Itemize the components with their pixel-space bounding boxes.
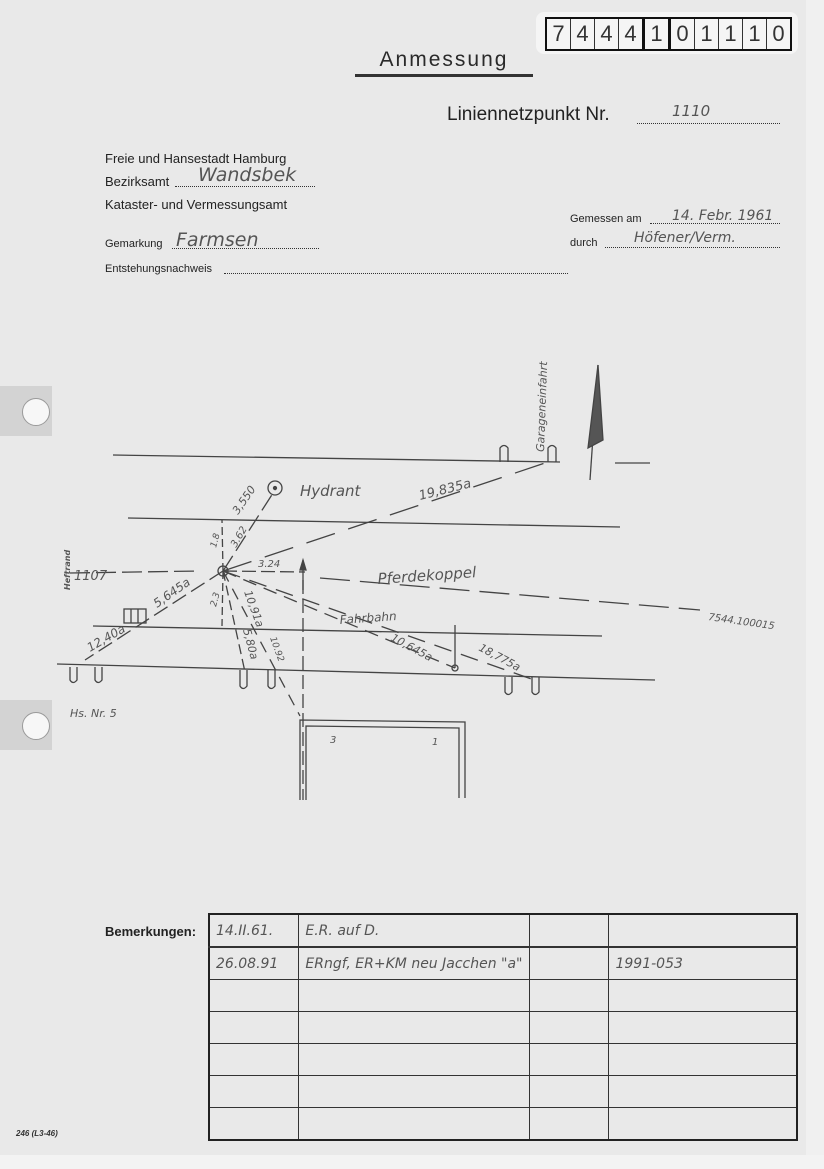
label-building-3: 3 bbox=[330, 735, 336, 746]
label-house-number: Hs. Nr. 5 bbox=[70, 707, 117, 720]
remarks-row bbox=[209, 1012, 797, 1044]
liniennetzpunkt-value: 1110 bbox=[672, 102, 710, 120]
remarks-cell bbox=[609, 1076, 797, 1108]
remarks-cell: 26.08.91 bbox=[209, 947, 299, 980]
id-digit: 1 bbox=[743, 19, 767, 49]
id-digit: 4 bbox=[595, 19, 619, 49]
remarks-cell bbox=[529, 980, 609, 1012]
remarks-cell: 1991-053 bbox=[609, 947, 797, 980]
remarks-cell bbox=[209, 1108, 299, 1141]
authority-line3: Kataster- und Vermessungsamt bbox=[105, 197, 287, 212]
bezirksamt-label: Bezirksamt bbox=[105, 174, 169, 189]
remarks-cell bbox=[529, 947, 609, 980]
bezirksamt-dotline bbox=[175, 186, 315, 187]
label-garageneinfahrt: Garageneinfahrt bbox=[534, 361, 550, 453]
remarks-cell bbox=[529, 1012, 609, 1044]
measurement-5645: 5,645a bbox=[151, 575, 193, 610]
gemarkung-value: Farmsen bbox=[176, 229, 259, 251]
remarks-table: 14.II.61.E.R. auf D.26.08.91ERngf, ER+KM… bbox=[208, 913, 798, 1141]
label-hydrant: Hydrant bbox=[300, 482, 362, 500]
remarks-cell bbox=[609, 914, 797, 947]
remarks-row: 14.II.61.E.R. auf D. bbox=[209, 914, 797, 947]
id-digit: 1 bbox=[695, 19, 719, 49]
measurement-hydrant: 3,550 bbox=[230, 483, 259, 516]
entstehungsnachweis-dotline bbox=[224, 273, 568, 274]
measurement-580: 5,80a bbox=[240, 627, 261, 661]
label-heftrand: Heftrand bbox=[63, 550, 72, 590]
remarks-cell bbox=[529, 914, 609, 947]
remarks-cell bbox=[609, 1012, 797, 1044]
remarks-cell: ERngf, ER+KM neu Jacchen "a" bbox=[299, 947, 529, 980]
measurement-362: 3.62 bbox=[229, 525, 250, 550]
durch-dotline bbox=[605, 247, 780, 248]
liniennetzpunkt-dotline bbox=[637, 123, 780, 124]
durch-label: durch bbox=[570, 237, 598, 249]
measurement-23: 2.3 bbox=[209, 591, 222, 608]
id-digit: 4 bbox=[619, 19, 645, 49]
gemessen-am-label: Gemessen am bbox=[570, 213, 642, 225]
liniennetzpunkt-label: Liniennetzpunkt Nr. bbox=[447, 104, 610, 126]
remarks-cell bbox=[299, 1044, 529, 1076]
remarks-cell bbox=[299, 1108, 529, 1141]
id-digit: 1 bbox=[719, 19, 743, 49]
remarks-row bbox=[209, 980, 797, 1012]
form-number: 246 (L3-46) bbox=[16, 1129, 58, 1138]
id-digit: 4 bbox=[571, 19, 595, 49]
label-point-reference: 7544.100015 bbox=[708, 612, 776, 632]
scan-edge-bottom bbox=[0, 1155, 824, 1169]
label-fahrbahn: Fahrbahn bbox=[339, 609, 397, 627]
remarks-cell bbox=[529, 1076, 609, 1108]
remarks-cell bbox=[209, 1044, 299, 1076]
id-digit: 7 bbox=[547, 19, 571, 49]
remarks-cell bbox=[529, 1108, 609, 1141]
bezirksamt-value: Wandsbek bbox=[198, 164, 296, 186]
remarks-cell bbox=[209, 980, 299, 1012]
entstehungsnachweis-label: Entstehungsnachweis bbox=[105, 263, 212, 275]
id-number-cells: 7444101110 bbox=[545, 17, 792, 51]
measurement-garage: 19,835a bbox=[417, 476, 473, 503]
gemessen-am-value: 14. Febr. 1961 bbox=[672, 208, 773, 224]
measurement-1091: 10,91a bbox=[241, 589, 266, 630]
page-title: Anmessung bbox=[355, 48, 533, 77]
scan-edge-right bbox=[806, 0, 824, 1169]
gemarkung-label: Gemarkung bbox=[105, 238, 162, 250]
remarks-row bbox=[209, 1076, 797, 1108]
durch-value: Höfener/Verm. bbox=[634, 230, 736, 246]
remarks-cell bbox=[529, 1044, 609, 1076]
remarks-cell bbox=[209, 1076, 299, 1108]
remarks-row bbox=[209, 1044, 797, 1076]
remarks-cell bbox=[209, 1012, 299, 1044]
remarks-cell bbox=[609, 980, 797, 1012]
remarks-cell bbox=[609, 1044, 797, 1076]
remarks-cell: 14.II.61. bbox=[209, 914, 299, 947]
id-digit: 0 bbox=[767, 19, 790, 49]
survey-sketch: Hydrant Garageneinfahrt Pferdekoppel Fah… bbox=[0, 300, 806, 820]
label-point-1107: 1107 bbox=[74, 569, 108, 584]
remarks-cell bbox=[299, 1012, 529, 1044]
measurement-324: 3.24 bbox=[258, 559, 280, 570]
remarks-cell bbox=[299, 980, 529, 1012]
remarks-row bbox=[209, 1108, 797, 1141]
id-digit: 0 bbox=[671, 19, 695, 49]
remarks-cell bbox=[299, 1076, 529, 1108]
measurement-18: 1.8 bbox=[209, 532, 222, 549]
label-pferdekoppel: Pferdekoppel bbox=[377, 563, 478, 588]
remarks-cell: E.R. auf D. bbox=[299, 914, 529, 947]
remarks-label: Bemerkungen: bbox=[105, 924, 196, 939]
measurement-10645: 10,645a bbox=[389, 631, 435, 664]
measurement-18775: 18,775a bbox=[477, 641, 523, 674]
remarks-cell bbox=[609, 1108, 797, 1141]
label-building-1: 1 bbox=[432, 737, 438, 748]
remarks-row: 26.08.91ERngf, ER+KM neu Jacchen "a"1991… bbox=[209, 947, 797, 980]
id-digit: 1 bbox=[645, 19, 671, 49]
